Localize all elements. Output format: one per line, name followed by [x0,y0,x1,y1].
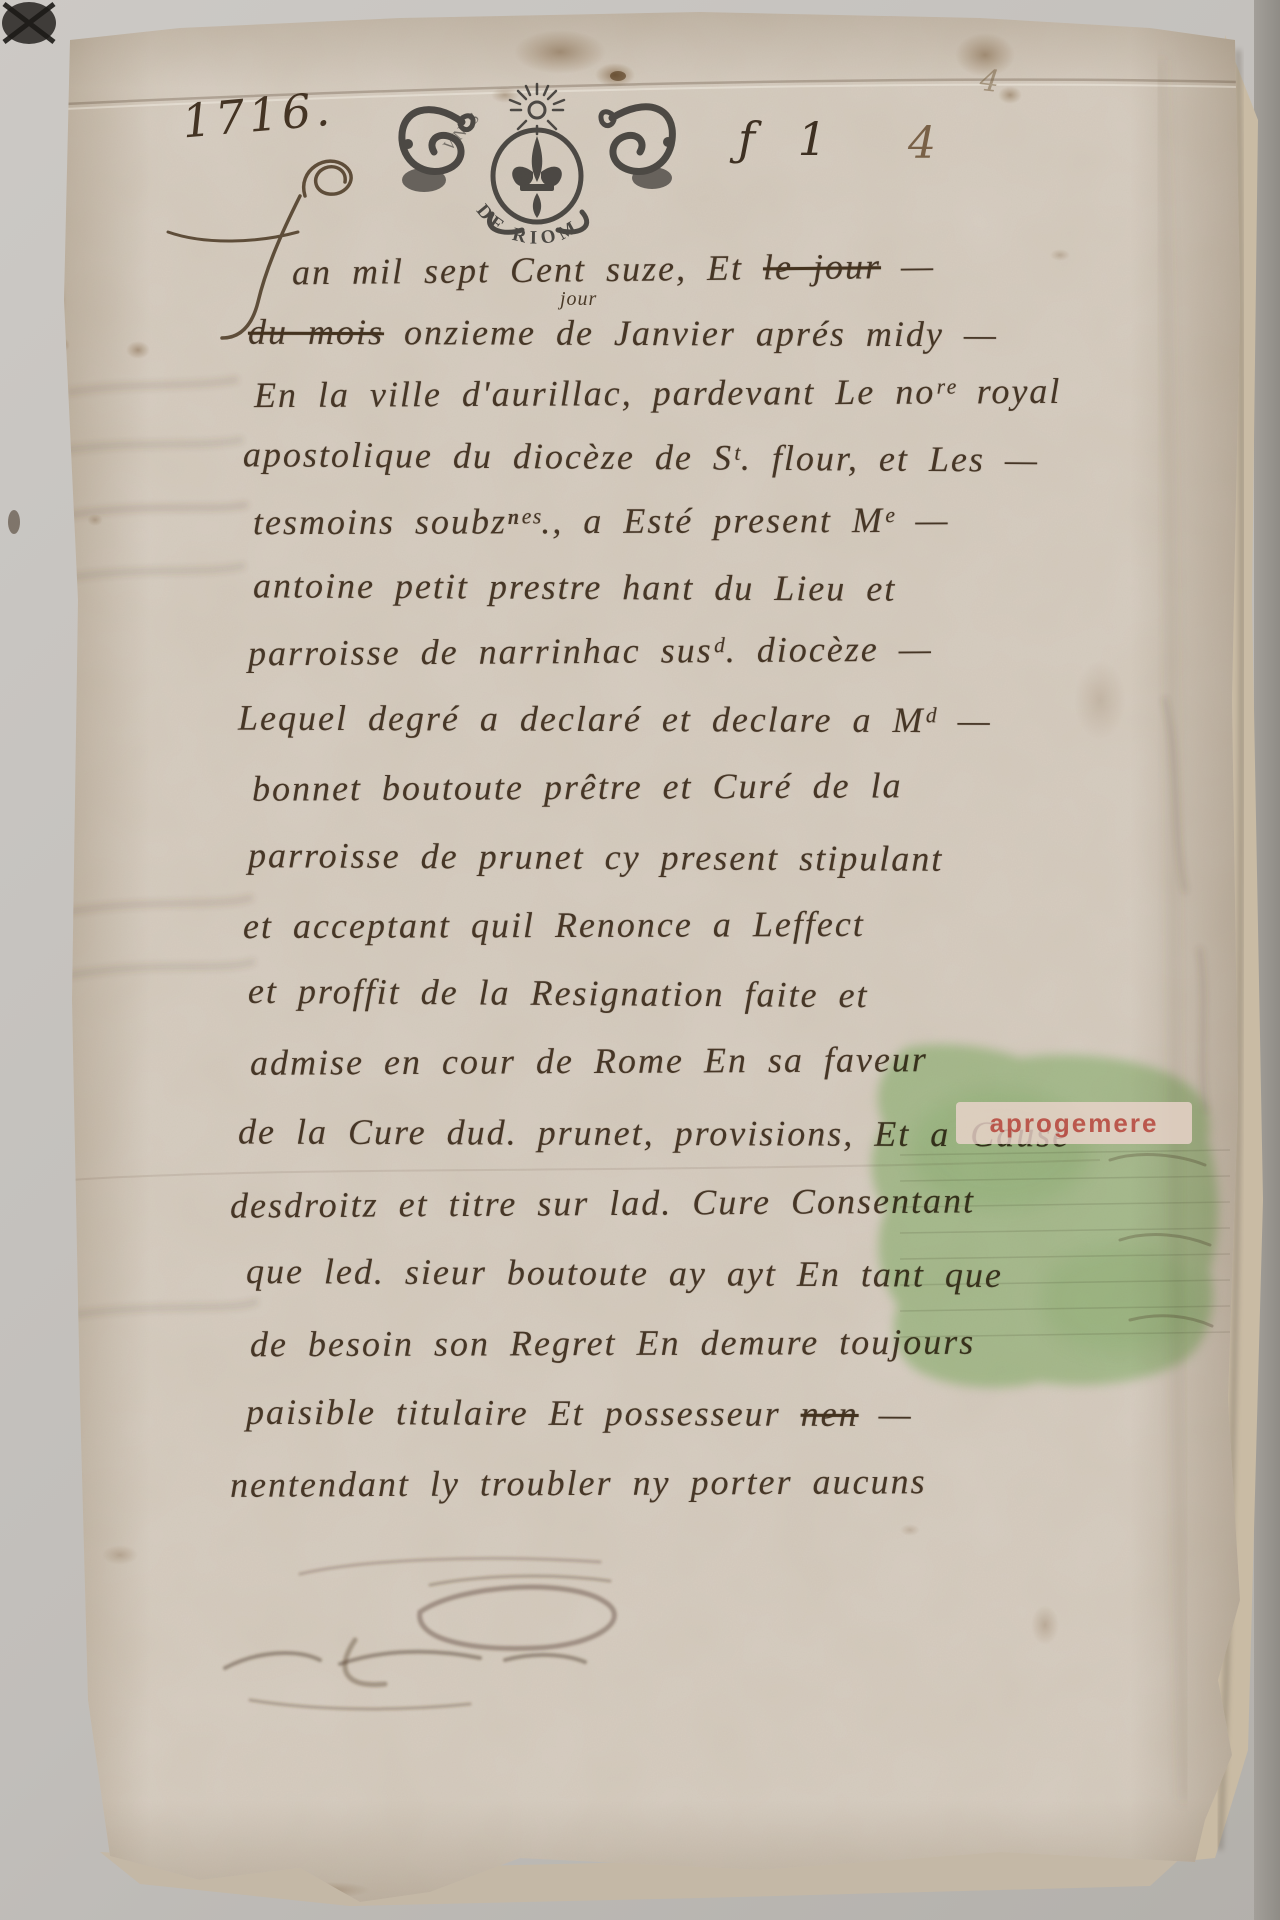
struck-text: nen [801,1394,859,1434]
line-text: onzieme de Janvier aprés midy — [384,312,998,354]
line-text: et proffit de la Resignation faite et [248,971,869,1015]
manuscript-line: nentendant ly troubler ny porter aucuns [230,1460,927,1506]
line-text: de la Cure dud. prunet, provisions, Et a… [238,1112,1070,1155]
line-text: de besoin son Regret En demure toujours [250,1322,975,1365]
manuscript-line: parroisse de narrinhac susᵈ. diocèze — [248,628,933,675]
watermark-label-box: aprogemere [956,1102,1192,1144]
line-text: que led. sieur boutoute ay ayt En tant q… [246,1251,1003,1295]
manuscript-line: tesmoins soubzⁿᵉˢ., a Esté present Mᵉ — [253,499,950,543]
manuscript-line: apostolique du diocèze de Sᵗ. flour, et … [243,433,1039,481]
manuscript-line: de besoin son Regret En demure toujours [250,1321,975,1366]
line-text: paisible titulaire Et possesseur [246,1392,801,1434]
ink-blot-cancellation [0,0,58,46]
line-text: nentendant ly troubler ny porter aucuns [230,1461,927,1505]
line-text: antoine petit prestre hant du Lieu et [253,565,896,608]
line-text: — [859,1394,913,1434]
corner-mark: 4 [978,63,1001,100]
line-text: desdroitz et titre sur lad. Cure Consent… [230,1180,975,1225]
line-text: apostolique du diocèze de Sᵗ. flour, et … [243,434,1039,480]
manuscript-line: admise en cour de Rome En sa faveur [250,1038,928,1084]
manuscript-line: parroisse de prunet cy present stipulant [248,834,943,880]
manuscript-line: du mois onzieme de Janvier aprés midy — [248,311,998,356]
line-text: parroisse de narrinhac susᵈ. diocèze — [248,629,933,674]
year-annotation: 1716. [180,81,336,148]
manuscript-line: desdroitz et titre sur lad. Cure Consent… [230,1179,975,1226]
manuscript-line: de la Cure dud. prunet, provisions, Et a… [238,1111,1070,1156]
manuscript-line: an mil sept Cent suze, Et le jour — [292,245,935,294]
line-text: tesmoins soubzⁿᵉˢ., a Esté present Mᵉ — [253,500,950,542]
manuscript-line: Lequel degré a declaré et declare a Mᵈ — [238,697,992,742]
manuscript-line: et acceptant quil Renonce a Leffect [243,903,865,947]
manuscript-line: paisible titulaire Et possesseur nen — [246,1391,913,1435]
line-text: Lequel degré a declaré et declare a Mᵈ — [238,698,992,741]
manuscript-line: antoine petit prestre hant du Lieu et [253,564,896,609]
line-text: admise en cour de Rome En sa faveur [250,1039,928,1083]
cancelled-number: 4 [908,118,936,169]
photographed-manuscript: VN S DE RIOM 1716. ƒ 1 4 4 [0,0,1280,1920]
line-text: an mil sept Cent suze, Et [292,247,763,292]
struck-text: du mois [248,312,384,352]
manuscript-line: En la ville d'aurillac, pardevant Le noʳ… [254,370,1062,416]
manuscript-line: bonnet boutoute prêtre et Curé de la [252,764,903,809]
manuscript-line: et proffit de la Resignation faite et [248,970,869,1016]
line-text: En la ville d'aurillac, pardevant Le noʳ… [254,371,1062,415]
line-text: bonnet boutoute prêtre et Curé de la [252,765,903,808]
line-text: et acceptant quil Renonce a Leffect [243,904,865,946]
interlinear-insertion: jour [560,288,597,311]
line-text: parroisse de prunet cy present stipulant [248,835,943,879]
watermark-text: aprogemere [990,1108,1159,1139]
struck-text: le jour [763,246,881,287]
folio-mark: ƒ 1 [738,112,841,166]
manuscript-line: que led. sieur boutoute ay ayt En tant q… [246,1250,1003,1296]
line-text: — [881,246,935,287]
